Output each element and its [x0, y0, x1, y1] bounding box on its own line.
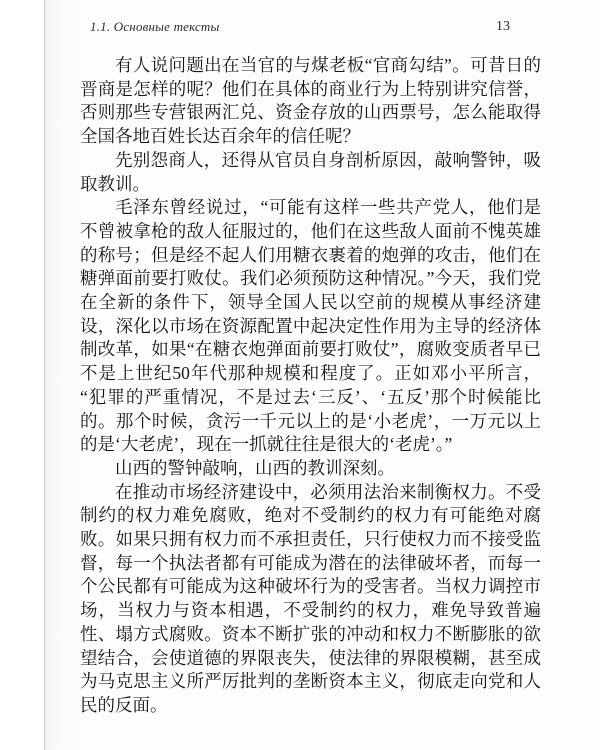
running-title: 1.1. Основные тексты	[90, 19, 520, 35]
page-edge-line	[44, 0, 45, 750]
paragraph-5: 在推动市场经济建设中，必须用法治来制衡权力。不受制约的权力难免腐败，绝对不受制约…	[80, 481, 541, 718]
paragraph-2: 先别怨商人，还得从官员自身剖析原因，敲响警钟，吸取教训。	[80, 149, 541, 196]
body-text: 有人说问题出在当官的与煤老板“官商勾结”。可昔日的晋商是怎样的呢？他们在具体的商…	[80, 54, 541, 718]
paragraph-3: 毛泽东曾经说过，“可能有这样一些共产党人，他们是不曾被拿枪的敌人征服过的，他们在…	[80, 196, 541, 457]
paragraph-1: 有人说问题出在当官的与煤老板“官商勾结”。可昔日的晋商是怎样的呢？他们在具体的商…	[80, 54, 541, 149]
page-number: 13	[496, 19, 510, 35]
paragraph-4: 山西的警钟敲响，山西的教训深刻。	[80, 457, 541, 481]
scanned-book-page: 1.1. Основные тексты 13 有人说问题出在当官的与煤老板“官…	[0, 0, 600, 750]
